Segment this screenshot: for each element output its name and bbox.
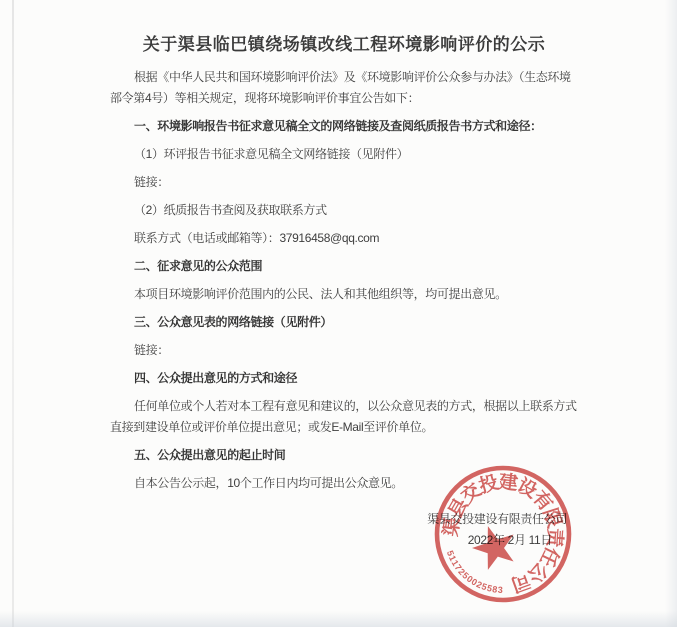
seal-serial-char: 2 (475, 579, 484, 590)
section-1-heading: 一、环境影响报告书征求意见稿全文的网络链接及查阅纸质报告书方式和途径： (110, 116, 578, 137)
scanned-notice-page: { "doc": { "title": "关于渠县临巴镇绕场镇改线工程环境影响评… (0, 0, 677, 627)
seal-serial-char: 3 (498, 585, 503, 595)
signature-company: 渠县交投建设有限责任公司 (110, 509, 578, 530)
section-5-heading: 五、公众提出意见的起止时间 (110, 445, 578, 466)
scan-fold-line (12, 0, 14, 627)
seal-serial-char: 7 (453, 562, 464, 572)
seal-serial-char: 1 (450, 558, 461, 567)
section-3-heading: 三、公众意见表的网络链接（见附件） (110, 312, 578, 333)
seal-serial-char: 0 (465, 574, 475, 585)
section-1-link-label: 链接： (110, 172, 578, 193)
seal-serial-char: 1 (447, 554, 458, 563)
intro-paragraph: 根据《中华人民共和国环境影响评价法》及《环境影响评价公众参与办法》（生态环境部令… (110, 67, 578, 109)
seal-serial-char: 2 (456, 567, 467, 577)
seal-serial-char: 5 (486, 583, 493, 594)
seal-serial-char: 5 (480, 581, 488, 592)
section-4-body: 任何单位或个人若对本工程有意见和建议的，以公众意见表的方式，根据以上联系方式直接… (110, 396, 578, 438)
section-3-link-label: 链接： (110, 340, 578, 361)
section-4-heading: 四、公众提出意见的方式和途径 (110, 368, 578, 389)
document-title: 关于渠县临巴镇绕场镇改线工程环境影响评价的公示 (110, 33, 578, 56)
section-1-item-1: （1）环评报告书征求意见稿全文网络链接（见附件） (110, 144, 578, 165)
seal-serial-char: 8 (492, 584, 498, 595)
seal-arc-char: 司 (508, 569, 533, 596)
scan-shadow-bottom (0, 611, 677, 627)
section-5-body: 自本公告公示起，10个工作日内均可提出公众意见。 (110, 473, 578, 494)
notice-document: 关于渠县临巴镇绕场镇改线工程环境影响评价的公示 根据《中华人民共和国环境影响评价… (110, 33, 578, 551)
section-1-contact-line: 联系方式（电话或邮箱等）：37916458@qq.com (110, 228, 578, 249)
seal-serial-char: 5 (460, 570, 470, 581)
section-1-item-2: （2）纸质报告书查阅及获取联系方式 (110, 200, 578, 221)
seal-arc-char: 公 (522, 558, 552, 588)
seal-serial-char: 0 (470, 577, 479, 588)
signature-block: 渠县交投建设有限责任公司 2022年 2月 11日 (110, 509, 578, 551)
signature-date: 2022年 2月 11日 (110, 530, 578, 551)
section-2-heading: 二、征求意见的公众范围 (110, 256, 578, 277)
section-2-body: 本项目环境影响评价范围内的公民、法人和其他组织等，均可提出意见。 (110, 284, 578, 305)
scan-shadow-right (665, 0, 677, 627)
